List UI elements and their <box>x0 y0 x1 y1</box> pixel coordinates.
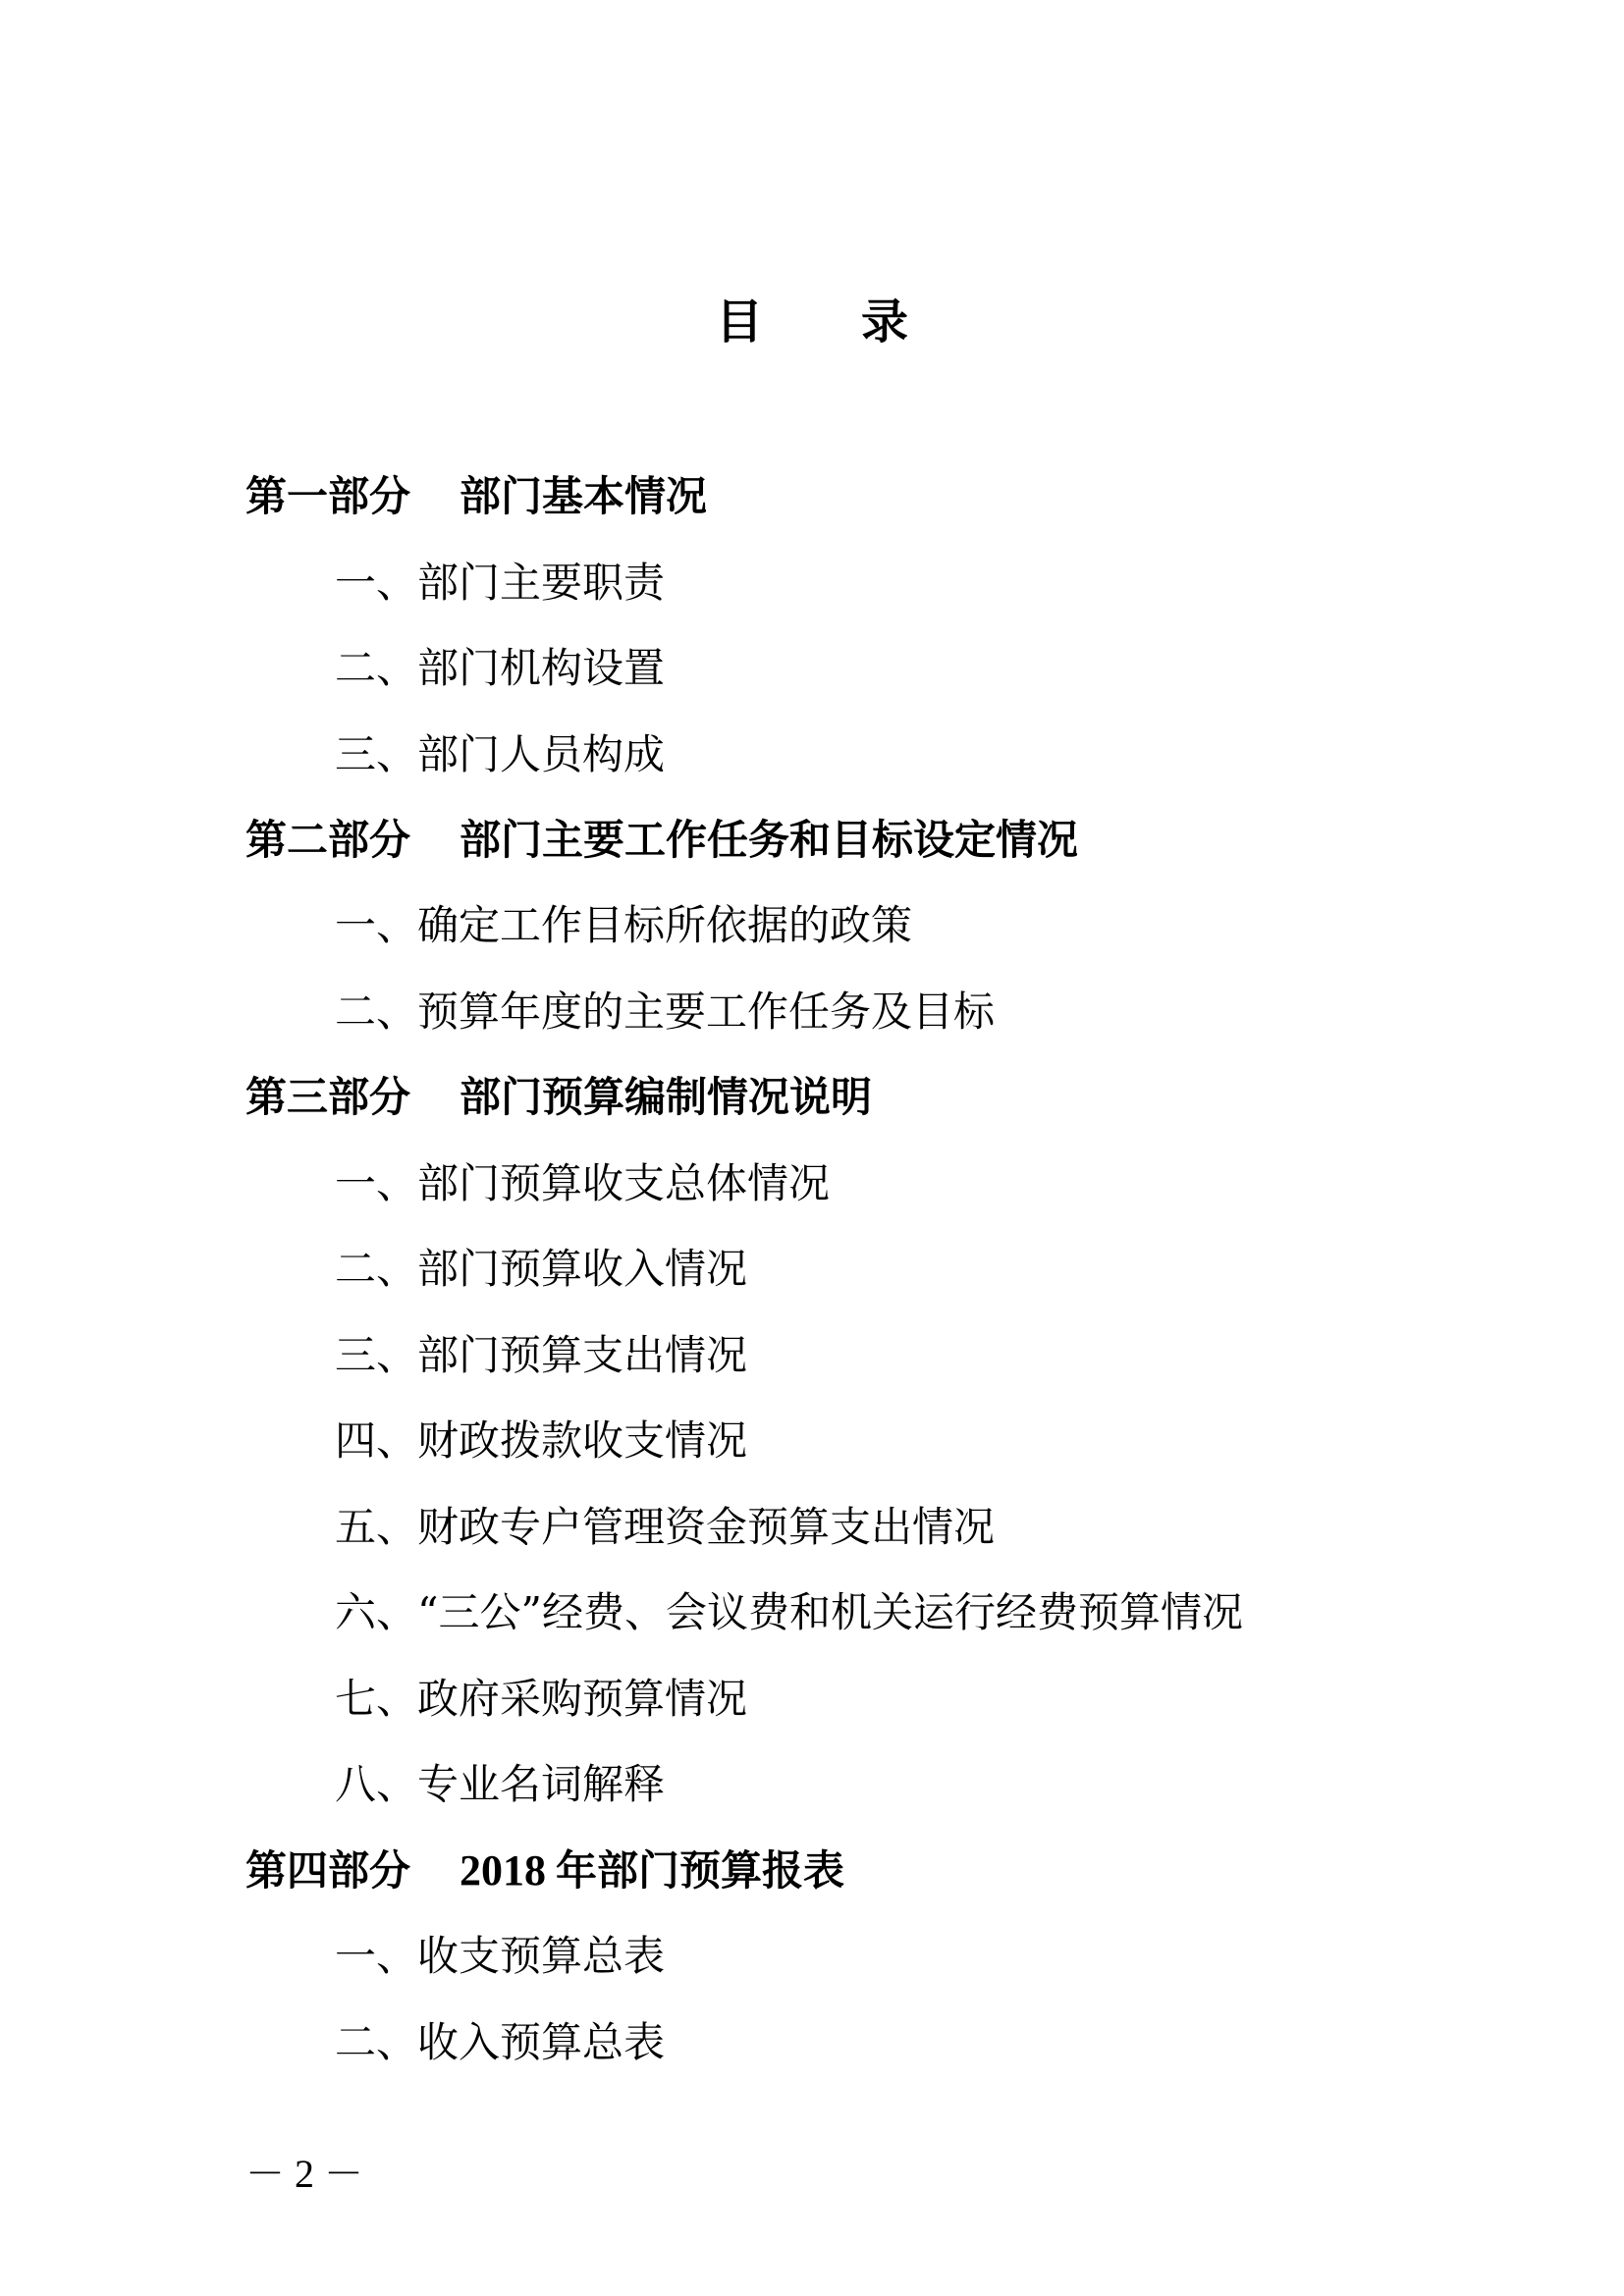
toc-part-2-heading[interactable]: 第二部分部门主要工作任务和目标设定情况 <box>245 811 1078 870</box>
toc-item[interactable]: 三、部门人员构成 <box>335 725 665 784</box>
part-label: 第一部分 <box>245 472 410 520</box>
page-number: － 2 － <box>245 2150 363 2199</box>
part-title: 部门预算编制情况说明 <box>460 1073 872 1121</box>
toc-item[interactable]: 一、部门主要职责 <box>335 554 665 613</box>
part-title: 部门基本情况 <box>460 472 707 520</box>
toc-item[interactable]: 八、专业名词解释 <box>335 1755 665 1814</box>
toc-item[interactable]: 三、部门预算支出情况 <box>335 1326 747 1385</box>
toc-part-4-heading[interactable]: 第四部分2018年部门预算报表 <box>245 1842 844 1900</box>
toc-item[interactable]: 二、收入预算总表 <box>335 2013 665 2072</box>
toc-item[interactable]: 一、收支预算总表 <box>335 1927 665 1986</box>
page-title: 目录 <box>0 291 1624 353</box>
part-title-year: 2018 <box>460 1846 546 1895</box>
part-title: 年部门预算报表 <box>556 1846 844 1895</box>
part-title: 部门主要工作任务和目标设定情况 <box>460 816 1078 864</box>
part-label: 第二部分 <box>245 816 410 864</box>
toc-part-1-heading[interactable]: 第一部分部门基本情况 <box>245 467 707 526</box>
title-char-2: 录 <box>861 291 908 353</box>
toc-item[interactable]: 六、“三公”经费、会议费和机关运行经费预算情况 <box>335 1583 1243 1642</box>
toc-part-3-heading[interactable]: 第三部分部门预算编制情况说明 <box>245 1068 872 1127</box>
toc-item[interactable]: 二、部门机构设置 <box>335 639 665 698</box>
toc-item[interactable]: 一、部门预算收支总体情况 <box>335 1154 830 1213</box>
toc-item[interactable]: 四、财政拨款收支情况 <box>335 1412 747 1470</box>
part-label: 第三部分 <box>245 1073 410 1121</box>
toc-item[interactable]: 七、政府采购预算情况 <box>335 1670 747 1729</box>
toc-item[interactable]: 二、部门预算收入情况 <box>335 1240 747 1299</box>
title-char-1: 目 <box>716 291 763 353</box>
toc-item[interactable]: 一、确定工作目标所依据的政策 <box>335 896 912 955</box>
toc-item[interactable]: 五、财政专户管理资金预算支出情况 <box>335 1498 995 1557</box>
toc-item[interactable]: 二、预算年度的主要工作任务及目标 <box>335 983 995 1041</box>
part-label: 第四部分 <box>245 1846 410 1895</box>
